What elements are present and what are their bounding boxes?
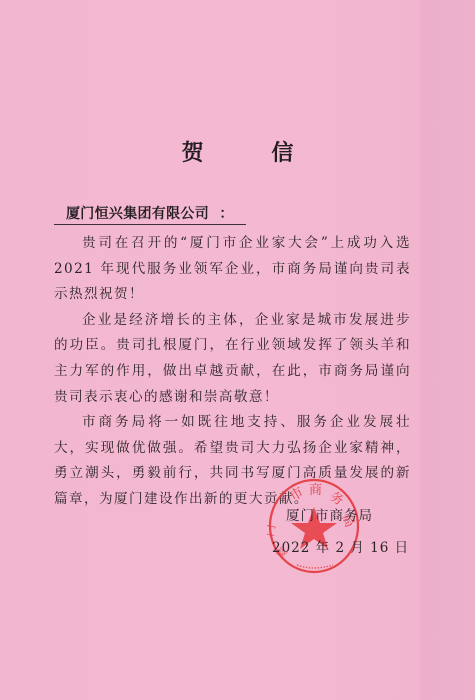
recipient-salutation: 厦门恒兴集团有限公司 ： xyxy=(54,203,246,225)
paragraph-2: 企业是经济增长的主体，企业家是城市发展进步的功臣。贵司扎根厦门，在行业领域发挥了… xyxy=(54,308,411,410)
paragraph-1: 贵司在召开的“厦门市企业家大会”上成功入选 2021 年现代服务业领军企业，市商… xyxy=(54,231,411,308)
letter-page: 贺 信 厦门恒兴集团有限公司 ： 贵司在召开的“厦门市企业家大会”上成功入选 2… xyxy=(0,0,475,700)
page-title: 贺 信 xyxy=(0,136,475,167)
signature: 厦门市商务局 xyxy=(286,504,373,524)
svg-text:商: 商 xyxy=(309,482,322,498)
date: 2022 年 2 月 16 日 xyxy=(272,536,409,556)
letter-body: 贵司在召开的“厦门市企业家大会”上成功入选 2021 年现代服务业领军企业，市商… xyxy=(54,231,411,513)
red-star-seal-icon: 市 商 务 局 门 厦 xyxy=(267,477,361,575)
